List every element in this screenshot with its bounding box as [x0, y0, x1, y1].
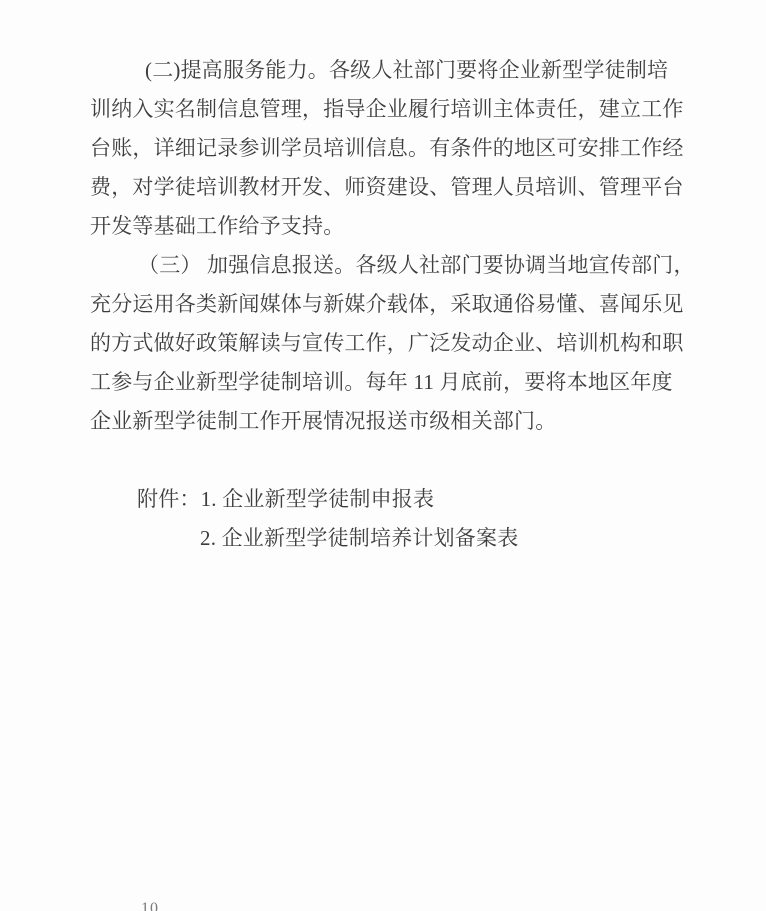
attachment-item-1: 1. 企业新型学徒制申报表 [201, 487, 435, 511]
body-line: 企业新型学徒制工作开展情况报送市级相关部门。 [90, 402, 686, 441]
attachment-row: 2. 企业新型学徒制培养计划备案表 [90, 519, 686, 558]
body-line: 台账，详细记录参训学员培训信息。有条件的地区可安排工作经 [90, 129, 686, 168]
attachment-item-2: 2. 企业新型学徒制培养计划备案表 [200, 526, 518, 550]
attachment-list: 附件：1. 企业新型学徒制申报表 2. 企业新型学徒制培养计划备案表 [90, 480, 686, 558]
body-line: (二)提高服务能力。各级人社部门要将企业新型学徒制培 [90, 51, 686, 90]
scanned-document-page: (二)提高服务能力。各级人社部门要将企业新型学徒制培 训纳入实名制信息管理，指导… [0, 0, 766, 911]
body-line: （三） 加强信息报送。各级人社部门要协调当地宣传部门， [90, 246, 686, 285]
body-line: 开发等基础工作给予支持。 [90, 207, 686, 246]
body-line: 训纳入实名制信息管理，指导企业履行培训主体责任，建立工作 [90, 90, 686, 129]
body-line: 的方式做好政策解读与宣传工作，广泛发动企业、培训机构和职 [90, 324, 686, 363]
body-line: 充分运用各类新闻媒体与新媒介载体，采取通俗易懂、喜闻乐见 [90, 285, 686, 324]
page-number: 10 [141, 901, 159, 911]
attachment-row: 附件：1. 企业新型学徒制申报表 [90, 480, 686, 519]
document-body: (二)提高服务能力。各级人社部门要将企业新型学徒制培 训纳入实名制信息管理，指导… [90, 51, 686, 558]
body-line: 工参与企业新型学徒制培训。每年 11 月底前，要将本地区年度 [90, 363, 686, 402]
attachment-label: 附件： [137, 487, 201, 511]
body-line: 费，对学徒培训教材开发、师资建设、管理人员培训、管理平台 [90, 168, 686, 207]
